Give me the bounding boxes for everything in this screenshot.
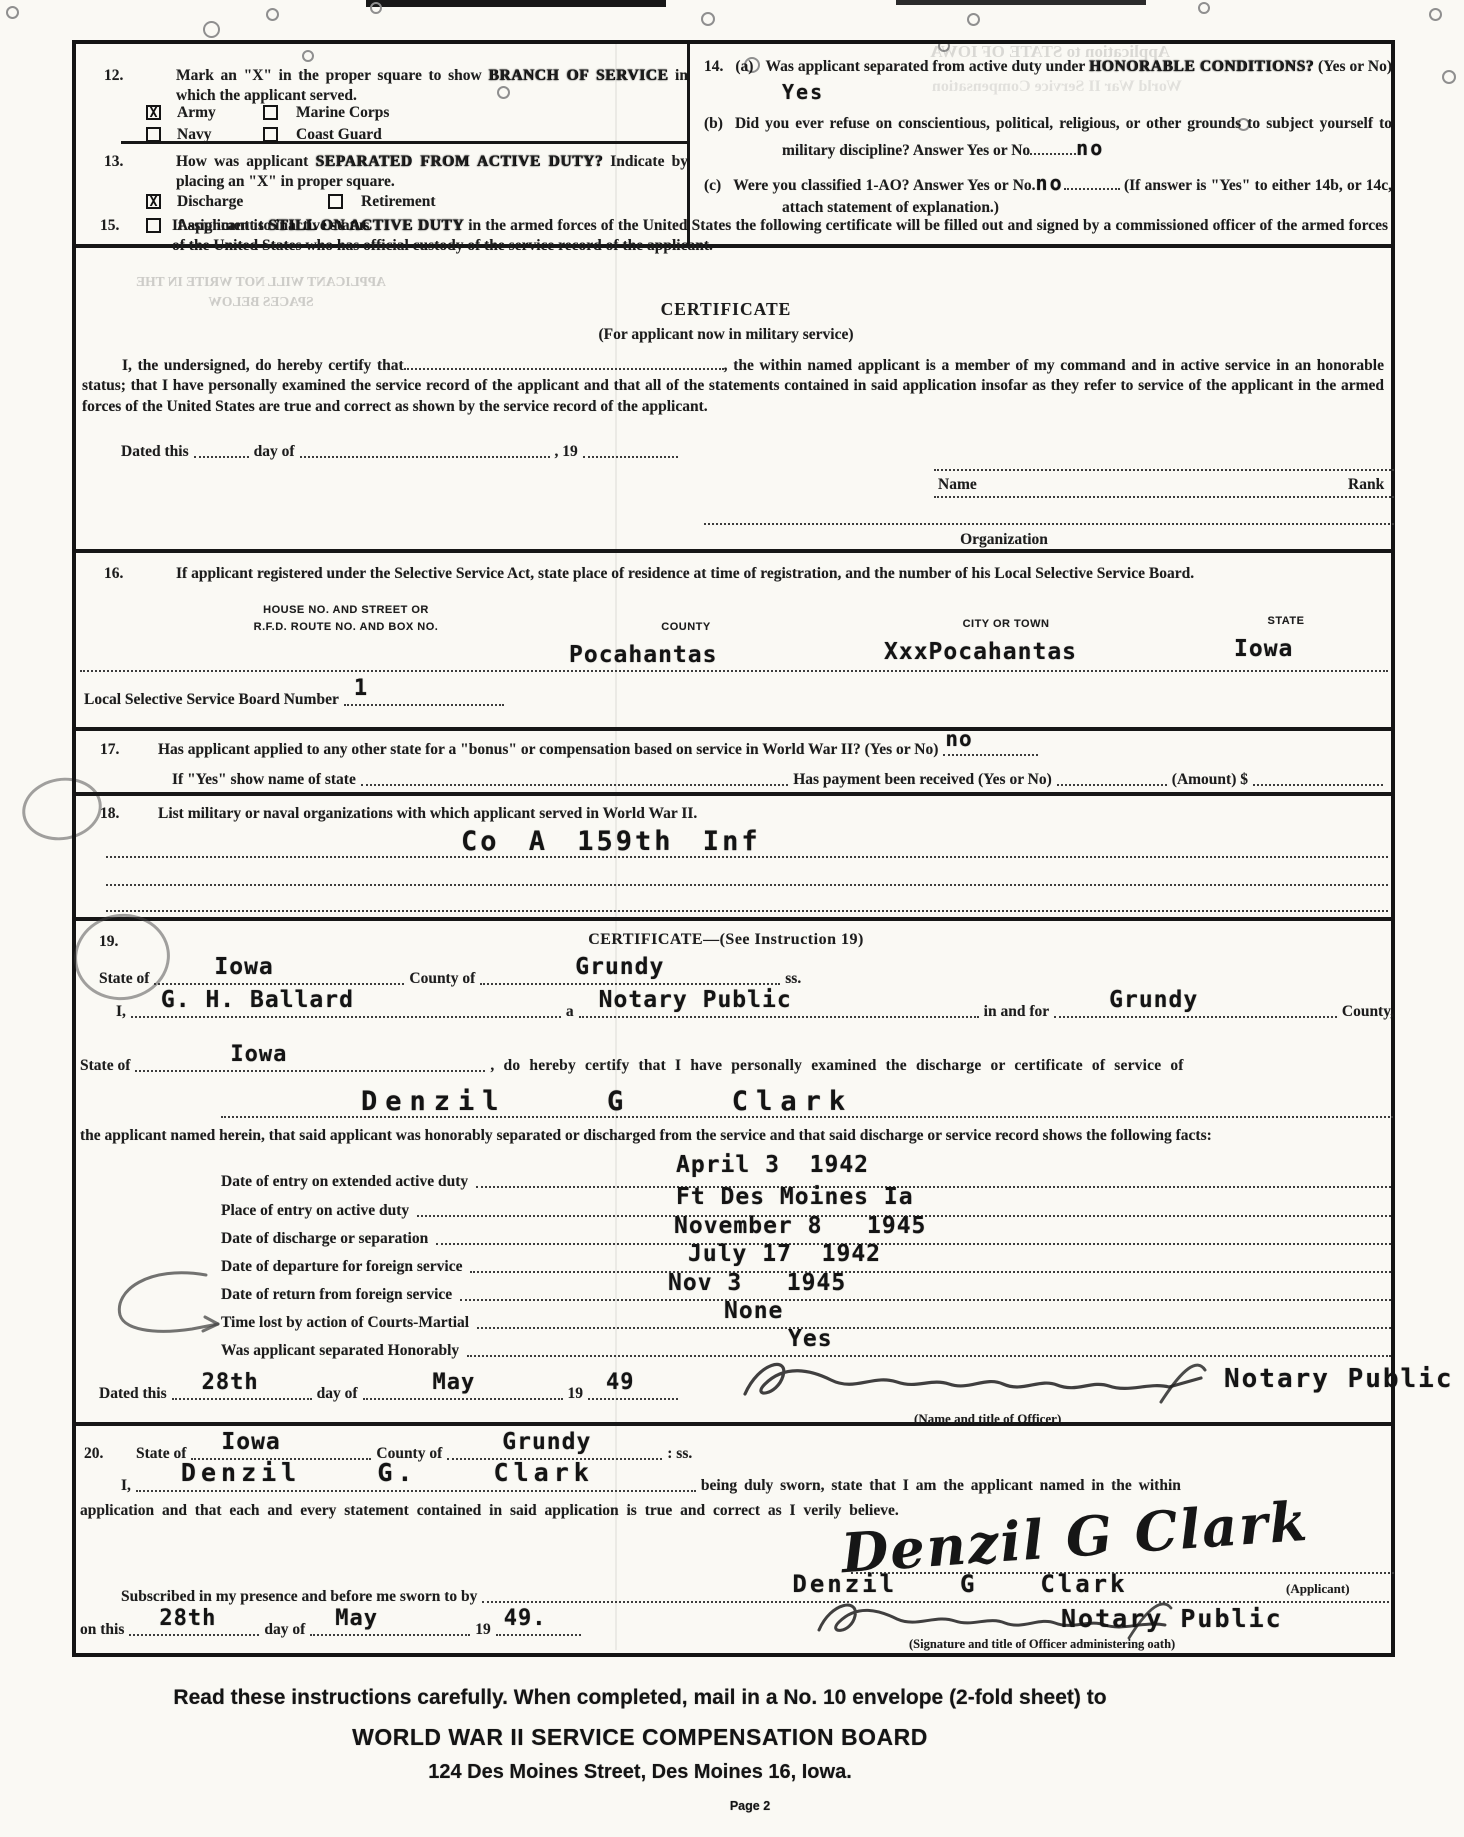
- item-12-text-bold: BRANCH OF SERVICE: [488, 67, 668, 84]
- scanned-form-page: Application to STATE OF IOWA World War I…: [0, 0, 1464, 1837]
- day-blank: 28th: [172, 1386, 312, 1400]
- column-header-state: STATE: [1226, 614, 1346, 629]
- day-blank: 28th: [129, 1622, 259, 1636]
- bleedthrough-line: APPLICANT WILL NOT WRITE IN THE: [91, 272, 431, 292]
- fact-blank: [477, 1315, 1391, 1329]
- fact-value: Yes: [788, 1324, 833, 1354]
- month-value-20: May: [335, 1604, 378, 1633]
- item-17-answer-blank: no: [943, 742, 1038, 756]
- checkbox-discharge-label: Discharge: [177, 192, 243, 212]
- sworn-text: being duly sworn, state that I am the ap…: [701, 1476, 1181, 1496]
- item-14: 14.(a)Was applicant separated from activ…: [704, 56, 1392, 226]
- dated-label: Dated this: [121, 442, 189, 462]
- year-prefix-label: 19: [568, 1384, 584, 1404]
- hole-punch: [6, 6, 19, 19]
- name-signature-line: [934, 469, 1394, 471]
- month-blank: May: [363, 1386, 563, 1400]
- item-13-text-pre: How was applicant: [176, 153, 315, 170]
- item-15-text-bold: STILL ON ACTIVE DUTY: [268, 217, 464, 234]
- item-14c-tag: (c): [704, 177, 721, 194]
- month-blank: [300, 444, 550, 458]
- year-blank: [583, 444, 678, 458]
- officer-name-value: G. H. Ballard: [161, 985, 354, 1015]
- notary-title-value: Notary Public: [1224, 1362, 1454, 1396]
- scan-smudge-bar: [896, 0, 1146, 5]
- state-of-label-2: State of: [80, 1056, 130, 1076]
- county-value-19: Grundy: [575, 952, 664, 982]
- scan-smudge-bar: [366, 0, 666, 7]
- applicant-name-blank: Denzil G. Clark: [136, 1478, 696, 1492]
- item-17-number: 17.: [100, 740, 158, 760]
- hole-punch: [370, 2, 382, 14]
- section-divider: [76, 917, 1391, 921]
- fact-blank: [476, 1174, 1391, 1188]
- name-label: Name: [938, 475, 977, 495]
- footer-board-name: WORLD WAR II SERVICE COMPENSATION BOARD: [95, 1724, 1185, 1751]
- notary-signature-icon: [731, 1354, 1211, 1406]
- item-19-number: 19.: [99, 932, 118, 952]
- pencil-arrow-mark: [106, 1269, 246, 1347]
- checkbox-inactive-status: [146, 218, 161, 233]
- state-name-label: If "Yes" show name of state: [172, 770, 356, 790]
- officer-name-blank: G. H. Ballard: [131, 1004, 561, 1018]
- hole-punch: [266, 8, 279, 21]
- organizations-value: Co A 159th Inf: [461, 824, 761, 860]
- item-17-line1: 17. Has applicant applied to any other s…: [100, 740, 1388, 760]
- county2-value: Grundy: [1109, 985, 1198, 1015]
- on-this-row: on this 28th day of May 19 49.: [80, 1620, 740, 1640]
- item-12-text-pre: Mark an "X" in the proper square to show: [176, 67, 488, 84]
- board-number-label: Local Selective Service Board Number: [84, 690, 339, 710]
- item-14c-text: Were you classified 1-AO? Answer Yes or …: [733, 177, 1035, 194]
- item-14a-text-pre: Was applicant separated from active duty…: [765, 58, 1089, 75]
- dated-line-15: Dated this day of , 19: [121, 442, 811, 462]
- officer-oath-caption: (Signature and title of Officer administ…: [909, 1636, 1175, 1653]
- i-label: I,: [116, 1002, 126, 1022]
- dated-line-19: Dated this 28th day of May 19 49: [99, 1384, 804, 1404]
- hole-punch: [203, 21, 220, 38]
- section-divider: [76, 727, 1391, 731]
- notary-row-19: I, G. H. Ballard a Notary Public in and …: [116, 1002, 1394, 1022]
- year-value: 49: [606, 1368, 635, 1397]
- item-16-number: 16.: [104, 564, 123, 584]
- officer-signature-caption: (Name and title of Officer): [914, 1410, 1061, 1427]
- item-14c-answer: no: [1036, 171, 1064, 195]
- state-value-20: Iowa: [221, 1427, 280, 1457]
- month-blank: May: [310, 1622, 470, 1636]
- footer-address: 124 Des Moines Street, Des Moines 16, Io…: [95, 1761, 1185, 1784]
- payment-received-label: Has payment been received (Yes or No): [793, 770, 1052, 790]
- item-14b-tag: (b): [704, 115, 723, 132]
- fact-label: Time lost by action of Courts-Martial: [221, 1313, 469, 1333]
- state-of-label: State of: [136, 1444, 186, 1464]
- item-14c: (c)Were you classified 1-AO? Answer Yes …: [704, 169, 1392, 219]
- board-number-row: Local Selective Service Board Number 1: [84, 690, 724, 710]
- organizations-line: [106, 856, 1388, 858]
- notary-title-value: Notary Public: [1061, 1602, 1283, 1635]
- year-blank: 49.: [496, 1622, 581, 1636]
- item-15-number: 15.: [100, 216, 119, 236]
- hole-punch: [1198, 2, 1210, 14]
- applicant-name-value-20: Denzil G. Clark: [181, 1456, 594, 1489]
- checkbox-marine-corps-label: Marine Corps: [296, 103, 389, 123]
- item-17-question: Has applicant applied to any other state…: [158, 740, 938, 760]
- certify-row-19: State of Iowa , do hereby certify that I…: [80, 1056, 1390, 1076]
- item-13-number: 13.: [104, 152, 123, 172]
- item-18-heading: 18. List military or naval organizations…: [100, 804, 1388, 824]
- item-20-number: 20.: [84, 1444, 103, 1464]
- organization-line: [704, 523, 1394, 525]
- a-label: a: [566, 1002, 574, 1022]
- item-18-number: 18.: [100, 804, 158, 824]
- certificate-body: I, the undersigned, do hereby certify th…: [82, 356, 1384, 417]
- on-this-label: on this: [80, 1620, 124, 1640]
- year-prefix-label: , 19: [555, 442, 578, 462]
- item-17-answer: no: [945, 726, 972, 754]
- item-14a-tag: (a): [735, 58, 753, 75]
- certificate-body-pre: I, the undersigned, do hereby certify th…: [122, 357, 404, 374]
- officer-title-blank: Notary Public: [579, 1004, 979, 1018]
- item-16-text: If applicant registered under the Select…: [176, 564, 1386, 584]
- item-14a: 14.(a)Was applicant separated from activ…: [704, 56, 1392, 106]
- certify-body-19: the applicant named herein, that said ap…: [80, 1126, 1388, 1146]
- state-blank: Iowa: [154, 971, 404, 985]
- item-14a-text-mid: (Yes or No): [1314, 58, 1392, 75]
- state2-blank: Iowa: [135, 1058, 485, 1072]
- applicant-name-value-19: Denzil G Clark: [361, 1084, 853, 1120]
- checkbox-discharge: X: [146, 194, 161, 209]
- payment-received-blank: [1057, 772, 1167, 786]
- column-header-city: CITY OR TOWN: [921, 617, 1091, 632]
- amount-blank: [1253, 772, 1383, 786]
- certify-text: , do hereby certify that I have personal…: [490, 1056, 1183, 1076]
- item-14b-answer: no: [1076, 136, 1104, 160]
- year-value-20: 49.: [504, 1604, 547, 1633]
- checkbox-navy: [146, 127, 161, 142]
- county-value: Pocahantas: [569, 640, 717, 670]
- year-prefix-label: 19: [475, 1620, 491, 1640]
- hole-punch: [967, 13, 980, 26]
- item-14a-answer: Yes: [782, 80, 824, 104]
- checkbox-coast-guard: [263, 127, 278, 142]
- day-of-label: day of: [317, 1384, 358, 1404]
- amount-label: (Amount) $: [1172, 770, 1248, 790]
- answer-blank: [1030, 142, 1076, 155]
- column-header-house-line1: HOUSE NO. AND STREET OR: [181, 602, 511, 619]
- pencil-circle-mark: [68, 908, 175, 1007]
- fact-value: Ft Des Moines Ia: [676, 1182, 914, 1212]
- item-15-text-pre: If applicant is: [172, 217, 268, 234]
- county-suffix-label: County,: [1342, 1002, 1394, 1022]
- answer-blank: [1064, 177, 1120, 190]
- i-label: I,: [121, 1476, 131, 1496]
- hole-punch: [701, 12, 715, 26]
- rank-line: [934, 496, 1394, 498]
- item-18-text: List military or naval organizations wit…: [158, 804, 697, 824]
- county-of-label: County of: [409, 969, 475, 989]
- state2-value: Iowa: [230, 1040, 287, 1069]
- item-13-text-bold: SEPARATED FROM ACTIVE DUTY?: [315, 153, 603, 170]
- day-blank: [194, 444, 249, 458]
- item-12-text: Mark an "X" in the proper square to show…: [176, 66, 688, 107]
- fact-value: None: [724, 1296, 783, 1326]
- column-header-house: HOUSE NO. AND STREET OR R.F.D. ROUTE NO.…: [181, 602, 511, 635]
- ss-label: : ss.: [667, 1444, 692, 1464]
- fact-label: Place of entry on active duty: [221, 1201, 409, 1221]
- organizations-line: [106, 910, 1388, 912]
- county2-blank: Grundy: [1054, 1004, 1337, 1018]
- certificate-title: CERTIFICATE: [376, 298, 1076, 321]
- county-value-20: Grundy: [502, 1427, 591, 1457]
- state-name-blank: [361, 772, 788, 786]
- section-divider: [76, 1422, 1391, 1426]
- item-12-number: 12.: [104, 66, 123, 86]
- fact-value: July 17 1942: [688, 1239, 881, 1269]
- applicant-name-line: [221, 1116, 1393, 1118]
- residence-line: [80, 670, 1388, 672]
- organizations-line: [106, 884, 1388, 886]
- fact-label: Date of return from foreign service: [221, 1285, 452, 1305]
- item-13-text: How was applicant SEPARATED FROM ACTIVE …: [176, 152, 688, 193]
- day-of-label: day of: [264, 1620, 305, 1640]
- fact-label: Date of entry on extended active duty: [221, 1172, 468, 1192]
- item-17-line2: If "Yes" show name of state Has payment …: [172, 770, 1388, 790]
- dated-label: Dated this: [99, 1384, 167, 1404]
- item-14-number: 14.: [704, 58, 723, 75]
- name-blank: [404, 357, 724, 370]
- board-number-blank: 1: [344, 692, 504, 706]
- footer-instructions: Read these instructions carefully. When …: [95, 1686, 1185, 1710]
- fact-label: Date of departure for foreign service: [221, 1257, 462, 1277]
- city-value: XxxPocahantas: [884, 637, 1077, 667]
- column-header-county: COUNTY: [621, 620, 751, 635]
- day-value-20: 28th: [159, 1604, 216, 1633]
- page-number: Page 2: [205, 1799, 1295, 1813]
- officer-title-value: Notary Public: [599, 985, 792, 1015]
- checkbox-retirement: [328, 194, 343, 209]
- state-value-19: Iowa: [214, 952, 273, 982]
- hole-punch: [1442, 70, 1456, 84]
- form-body-box: 12. Mark an "X" in the proper square to …: [72, 40, 1395, 1657]
- county-blank: Grundy: [480, 971, 780, 985]
- checkbox-army-label: Army: [177, 103, 216, 123]
- rank-label: Rank: [1348, 475, 1384, 495]
- fact-value: Nov 3 1945: [668, 1268, 846, 1298]
- fact-blank: [460, 1287, 1391, 1301]
- checkbox-army: X: [146, 105, 161, 120]
- item-15-text: If applicant is STILL ON ACTIVE DUTY in …: [172, 216, 1388, 257]
- fact-blank: [470, 1259, 1391, 1273]
- item-14b: (b)Did you ever refuse on conscientious,…: [704, 113, 1392, 163]
- day-of-label: day of: [254, 442, 295, 462]
- certificate-subtitle: (For applicant now in military service): [376, 325, 1076, 345]
- organization-label: Organization: [904, 530, 1104, 550]
- board-number-value: 1: [354, 674, 368, 703]
- checkbox-retirement-label: Retirement: [361, 192, 436, 212]
- checkbox-navy-label: Navy: [177, 125, 211, 145]
- section-divider: [76, 792, 1391, 796]
- column-header-house-line2: R.F.D. ROUTE NO. AND BOX NO.: [181, 619, 511, 636]
- month-value: May: [433, 1368, 476, 1397]
- item-14a-text-bold: HONORABLE CONDITIONS?: [1089, 58, 1314, 75]
- in-and-for-label: in and for: [984, 1002, 1049, 1022]
- section-divider: [76, 549, 1391, 553]
- checkbox-marine-corps: [263, 105, 278, 120]
- state-value: Iowa: [1234, 634, 1293, 664]
- hole-punch: [1429, 8, 1442, 21]
- fact-label: Date of discharge or separation: [221, 1229, 428, 1249]
- fact-value: November 8 1945: [674, 1211, 926, 1241]
- fact-label: Was applicant separated Honorably: [221, 1341, 459, 1361]
- state-of-label: State of: [99, 969, 149, 989]
- day-value: 28th: [202, 1368, 259, 1397]
- checkbox-coast-guard-label: Coast Guard: [296, 125, 382, 145]
- year-blank: 49: [588, 1386, 678, 1400]
- certificate-19-title: CERTIFICATE—(See Instruction 19): [376, 929, 1076, 950]
- fact-value: April 3 1942: [676, 1150, 869, 1180]
